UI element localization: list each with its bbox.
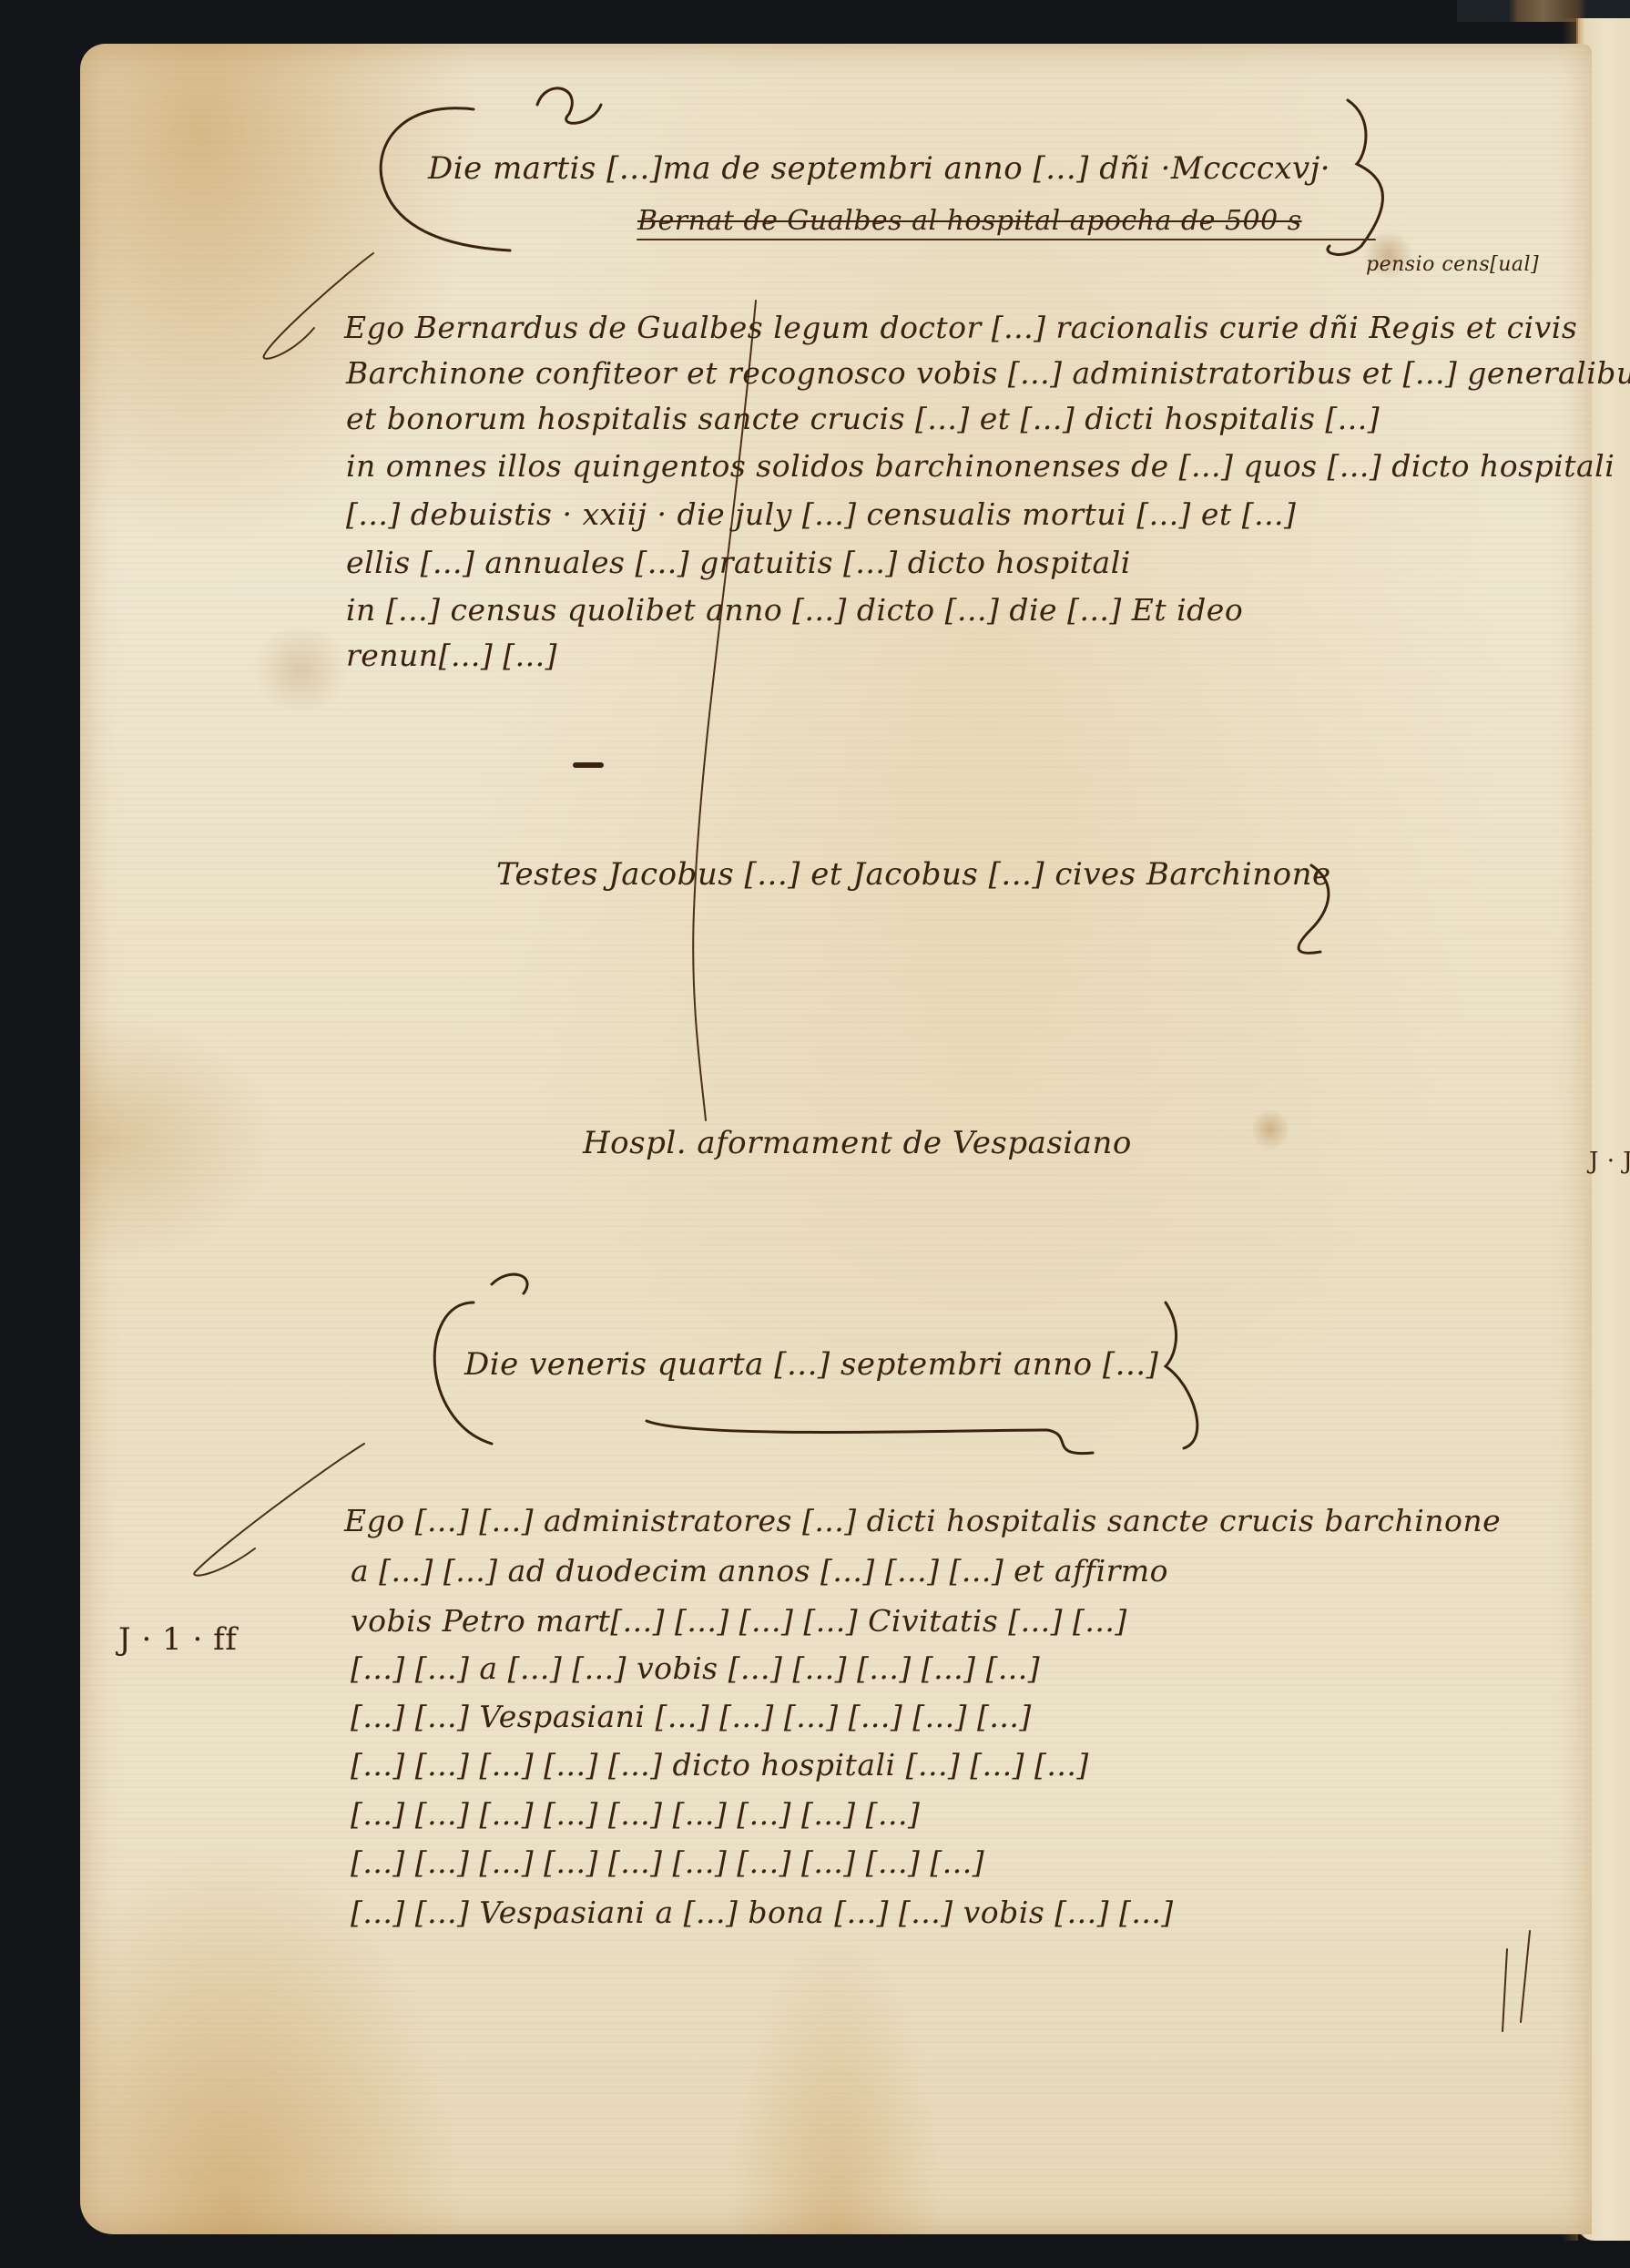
body-line: Barchinone confiteor et recognosco vobis… [346,355,1630,391]
body-line: vobis Petro mart[...] [...] [...] [...] … [351,1603,1127,1639]
body-line: in omnes illos quingentos solidos barchi… [346,448,1615,484]
witness-line: Testes Jacobus [...] et Jacobus [...] ci… [496,856,1331,893]
body-line: [...] [...] Vespasiani [...] [...] [...]… [351,1699,1032,1734]
body-line: [...] [...] [...] [...] [...] [...] [...… [351,1844,984,1880]
entry-subheading-struck: Bernat de Gualbes al hospital apocha de … [637,205,1302,237]
body-line: [...] [...] [...] [...] [...] [...] [...… [351,1796,920,1832]
body-line: renun[...] [...] [346,638,557,673]
entry-date-heading: Die martis [...]ma de septembri anno [..… [428,150,1330,187]
margin-note-right: pensio cens[ual] [1366,253,1539,276]
body-line: [...] [...] a [...] [...] vobis [...] [.… [351,1650,1040,1686]
body-line: [...] [...] Vespasiani a [...] bona [...… [351,1895,1174,1930]
margin-note-left: J · 1 · ff [118,1621,237,1658]
entry-caption: Hospl. aformament de Vespasiano [583,1125,1132,1161]
body-line: a [...] [...] ad duodecim annos [...] [.… [351,1553,1168,1589]
body-line: Ego Bernardus de Gualbes legum doctor [.… [344,310,1577,345]
body-line: [...] [...] [...] [...] [...] dicto hosp… [351,1747,1089,1783]
entry-date-heading: Die veneris quarta [...] septembri anno … [464,1346,1158,1383]
body-line: Ego [...] [...] administratores [...] di… [344,1503,1501,1538]
body-line: [...] debuistis · xxiij · die july [...]… [346,496,1296,532]
body-line: in [...] census quolibet anno [...] dict… [346,592,1243,628]
body-line: et bonorum hospitalis sancte crucis [...… [346,401,1380,436]
body-line: ellis [...] annuales [...] gratuitis [..… [346,545,1131,580]
right-page-margin-mark: J · J [1589,1148,1630,1175]
